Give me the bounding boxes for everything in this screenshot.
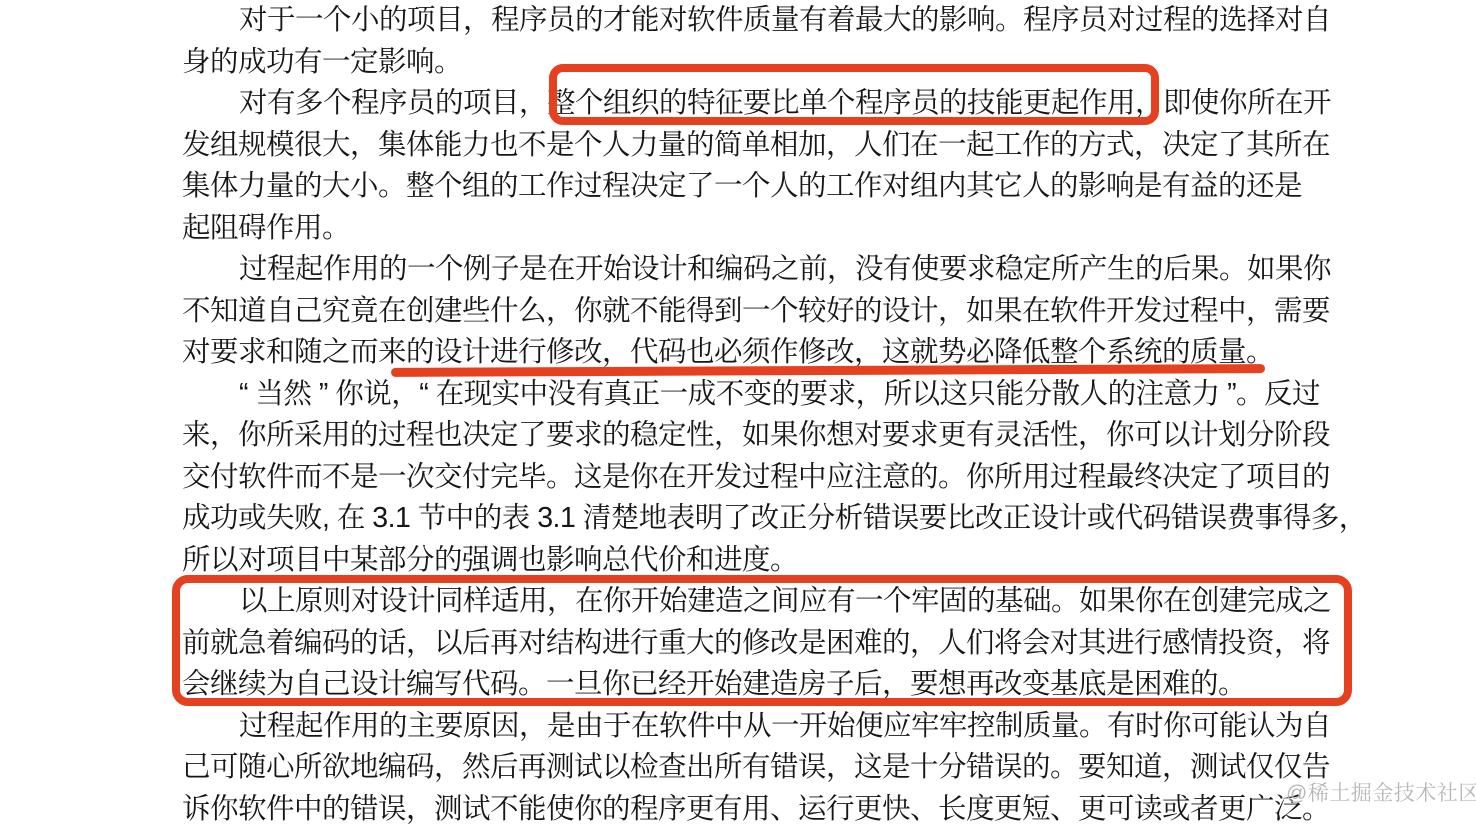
text-line-15: 以上原则对设计同样适用，在你开始建造之间应有一个牢固的基础。如果你在创建完成之 <box>182 581 1382 623</box>
text-line-5: 集体力量的大小。整个组的工作过程决定了一个人的工作对组内其它人的影响是有益的还是 <box>182 166 1382 208</box>
text-line-11: 来，你所采用的过程也决定了要求的稳定性，如果你想对要求更有灵活性，你可以计划分阶… <box>182 415 1382 457</box>
text-line-7: 过程起作用的一个例子是在开始设计和编码之前，没有使要求稳定所产生的后果。如果你 <box>182 249 1382 291</box>
text-line-6: 起阻碍作用。 <box>182 208 1382 250</box>
text-line-9: 对要求和随之而来的设计进行修改，代码也必须作修改，这就势必降低整个系统的质量。 <box>182 332 1382 374</box>
text-line-4: 发组规模很大，集体能力也不是个人力量的简单相加，人们在一起工作的方式，决定了其所… <box>182 125 1382 167</box>
text-line-16: 前就急着编码的话，以后再对结构进行重大的修改是困难的，人们将会对其进行感情投资，… <box>182 623 1382 665</box>
text-column: 对于一个小的项目，程序员的才能对软件质量有着最大的影响。程序员对过程的选择对自 … <box>182 0 1382 826</box>
text-line-2: 身的成功有一定影响。 <box>182 42 1382 84</box>
text-line-3: 对有多个程序员的项目，整个组织的特征要比单个程序员的技能更起作用，即使你所在开 <box>182 83 1382 125</box>
text-line-20: 诉你软件中的错误，测试不能使你的程序更有用、运行更快、长度更短、更可读或者更广泛… <box>182 789 1382 826</box>
text-line-19: 己可随心所欲地编码，然后再测试以检查出所有错误，这是十分错误的。要知道，测试仅仅… <box>182 747 1382 789</box>
watermark: @稀土掘金技术社区 <box>1286 777 1476 807</box>
text-line-18: 过程起作用的主要原因，是由于在软件中从一开始便应牢牢控制质量。有时你可能认为自 <box>182 706 1382 748</box>
text-line-12: 交付软件而不是一次交付完毕。这是你在开发过程中应注意的。你所用过程最终决定了项目… <box>182 457 1382 499</box>
text-line-14: 所以对项目中某部分的强调也影响总代价和进度。 <box>182 540 1382 582</box>
text-line-10: “ 当然 ” 你说，“ 在现实中没有真正一成不变的要求，所以这只能分散人的注意力… <box>182 374 1382 416</box>
text-line-17: 会继续为自己设计编写代码。一旦你已经开始建造房子后，要想再改变基底是困难的。 <box>182 664 1382 706</box>
document-page: 对于一个小的项目，程序员的才能对软件质量有着最大的影响。程序员对过程的选择对自 … <box>0 0 1476 826</box>
text-line-8: 不知道自己究竟在创建些什么，你就不能得到一个较好的设计，如果在软件开发过程中，需… <box>182 291 1382 333</box>
text-line-1: 对于一个小的项目，程序员的才能对软件质量有着最大的影响。程序员对过程的选择对自 <box>182 0 1382 42</box>
text-line-13: 成功或失败, 在 3.1 节中的表 3.1 清楚地表明了改正分析错误要比改正设计… <box>182 498 1382 540</box>
